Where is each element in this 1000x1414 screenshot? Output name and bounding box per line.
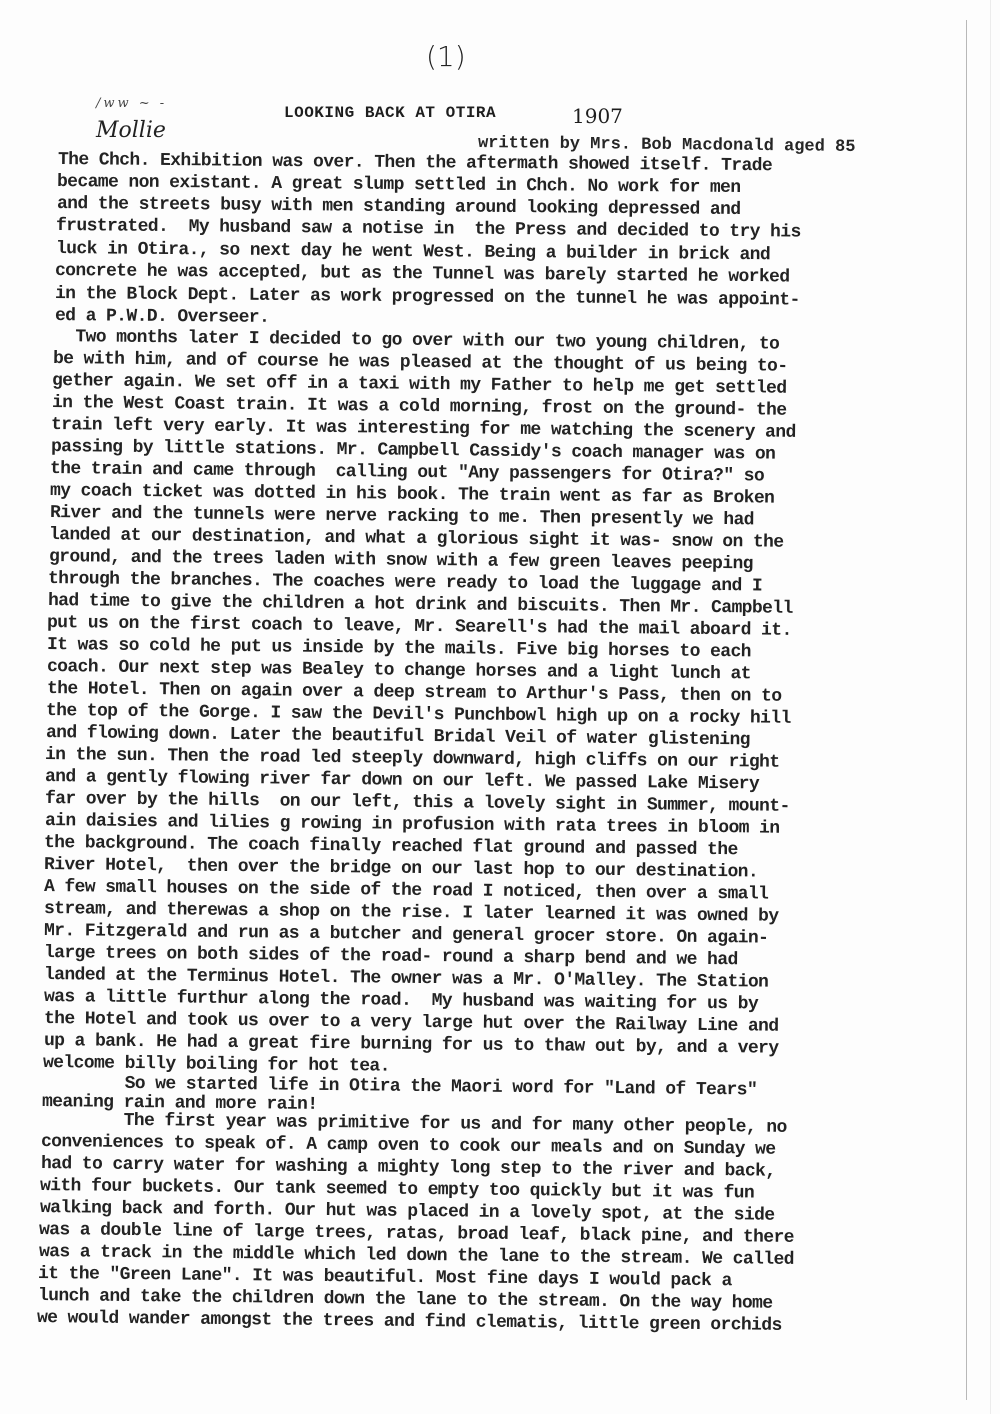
scanned-document-page: (1) /ww ~ - Mollie LOOKING BACK AT OTIRA… <box>0 0 1000 1414</box>
document-year: 1907 <box>572 104 623 128</box>
body-line: frustrated. My husband saw a notise in t… <box>56 216 801 242</box>
scan-edge-line <box>966 20 967 1400</box>
document-title: LOOKING BACK AT OTIRA <box>284 104 496 122</box>
body-line: ed a P.W.D. Overseer. <box>55 306 269 328</box>
body-line: concrete he was accepted, but as the Tun… <box>55 261 790 287</box>
page-number: (1) <box>426 40 466 73</box>
scan-edge-line <box>990 0 991 1414</box>
handwritten-margin-note: /ww ~ - <box>96 96 167 111</box>
handwritten-margin-note: Mollie <box>96 118 166 143</box>
